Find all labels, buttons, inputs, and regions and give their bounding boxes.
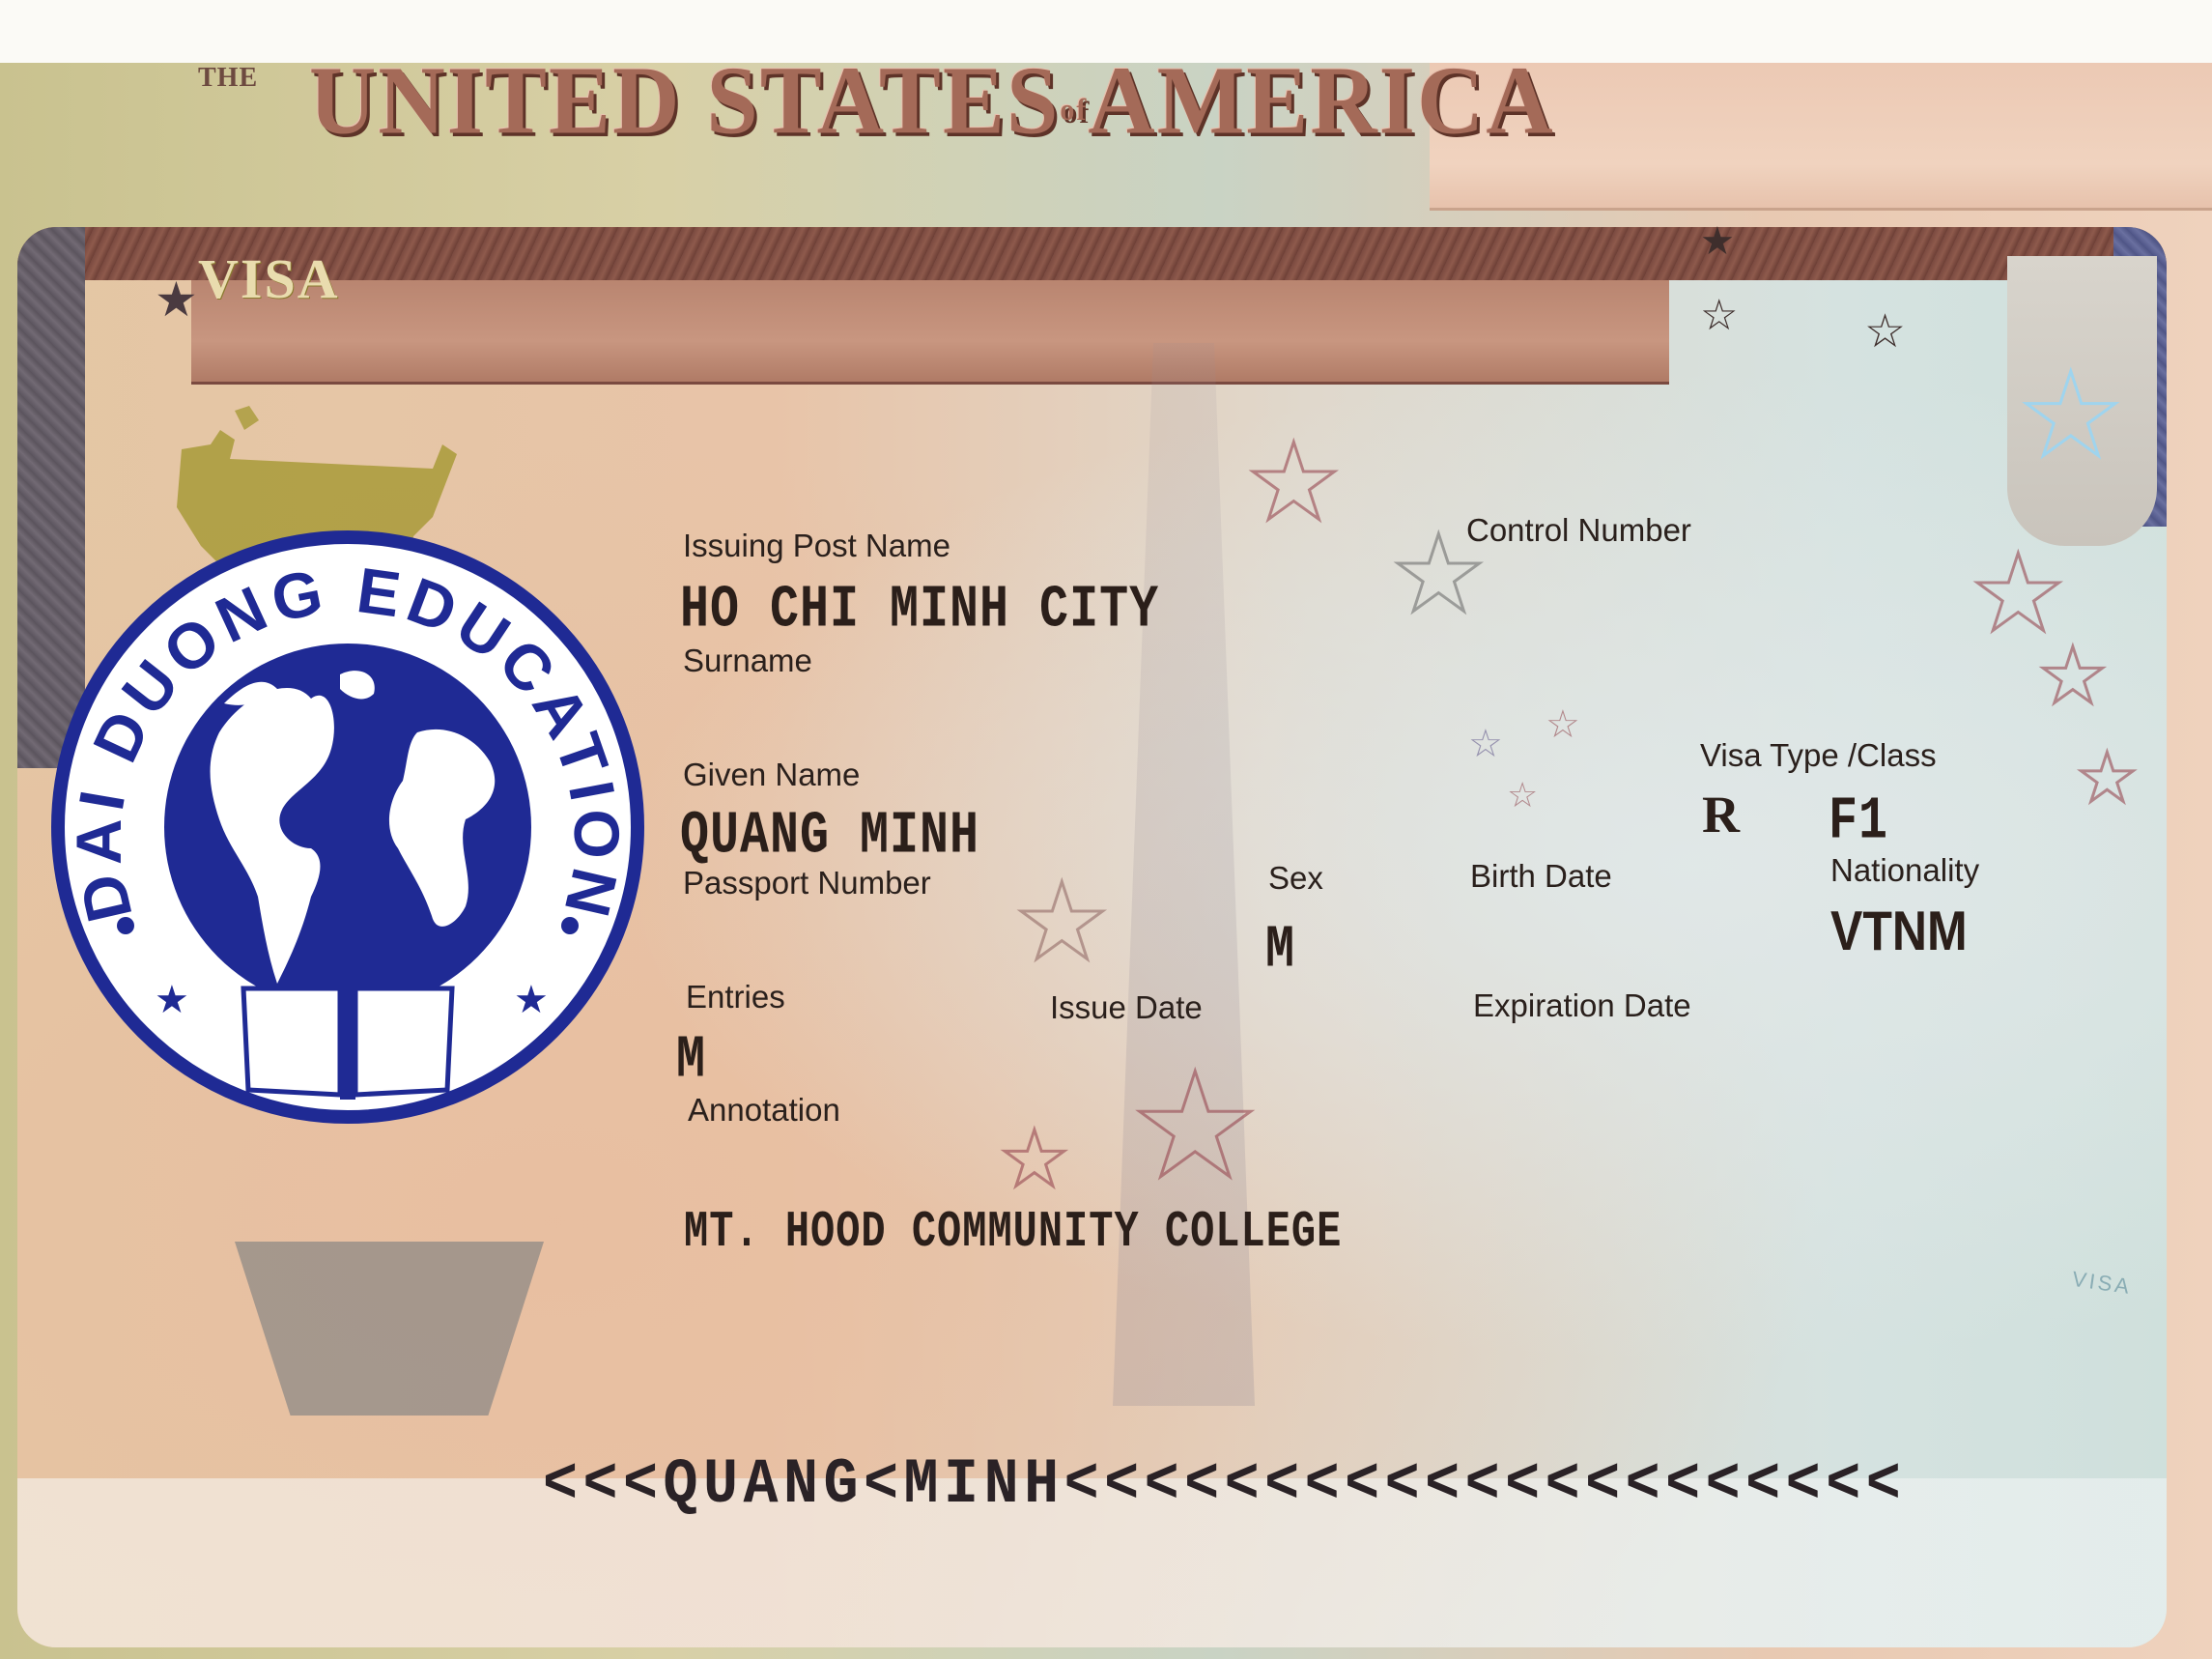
star-icon: ★ [2019, 358, 2123, 473]
sex-label: Sex [1268, 860, 1323, 897]
header-united: UNITED [309, 45, 681, 154]
photo-area-shadow [235, 1242, 544, 1416]
foil-guilloche-band [17, 227, 2167, 280]
star-icon: ★ [2038, 638, 2108, 715]
mrz-line: <<<QUANG<MINH<<<<<<<<<<<<<<<<<<<<< [543, 1449, 1906, 1522]
entries-value: M [676, 1026, 706, 1095]
visa-class-value: F1 [1829, 787, 1888, 856]
header-of: of [1060, 94, 1088, 128]
open-book-icon [243, 984, 452, 1100]
globe-icon [164, 644, 531, 1011]
passport-number-label: Passport Number [683, 865, 931, 901]
expiration-date-label: Expiration Date [1473, 987, 1691, 1024]
star-icon: ★ [1000, 1121, 1069, 1198]
star-icon: ☆ [1546, 705, 1580, 744]
entries-label: Entries [686, 979, 785, 1015]
nationality-label: Nationality [1830, 852, 1979, 889]
star-icon: ★ [1130, 1053, 1260, 1198]
star-icon: ★ [514, 979, 549, 1021]
sex-value: M [1265, 916, 1295, 985]
birth-date-label: Birth Date [1470, 858, 1612, 895]
issuing-post-name-value: HO CHI MINH CITY [680, 576, 1159, 644]
star-icon: ★ [1971, 541, 2066, 647]
issuing-post-name-label: Issuing Post Name [683, 528, 950, 564]
visa-type-value: R [1702, 785, 1740, 844]
star-icon: ★ [155, 275, 198, 324]
given-name-label: Given Name [683, 757, 860, 793]
header-america: AMERICA [1088, 45, 1554, 154]
header-title: UNITED STATESofAMERICA [309, 43, 1555, 157]
header-the: THE [198, 63, 258, 94]
star-icon: ★ [1246, 430, 1342, 536]
issue-date-label: Issue Date [1050, 989, 1203, 1026]
visa-emblem-text: VISA [198, 246, 340, 311]
annotation-label: Annotation [688, 1092, 840, 1129]
given-name-value: QUANG MINH [680, 802, 979, 871]
star-icon: ★ [155, 979, 189, 1021]
star-icon: ★ [2077, 744, 2138, 812]
annotation-value: MT. HOOD COMMUNITY COLLEGE [684, 1203, 1342, 1261]
dai-duong-education-logo: DAI DUONG EDUCATION ★ ★ [50, 529, 645, 1125]
surname-label: Surname [683, 643, 812, 679]
star-icon: ☆ [1468, 725, 1503, 763]
star-icon: ☆ [1507, 778, 1538, 813]
title-plate [191, 280, 1669, 385]
star-icon: ★ [1700, 222, 1735, 261]
star-icon: ☆ [1864, 309, 1906, 356]
nationality-value: VTNM [1830, 899, 1968, 963]
control-number-label: Control Number [1466, 512, 1691, 549]
header-states: STATES [706, 45, 1060, 154]
star-icon: ★ [1014, 870, 1110, 976]
star-icon: ☆ [1700, 295, 1738, 337]
visa-type-class-label: Visa Type /Class [1700, 737, 1937, 774]
